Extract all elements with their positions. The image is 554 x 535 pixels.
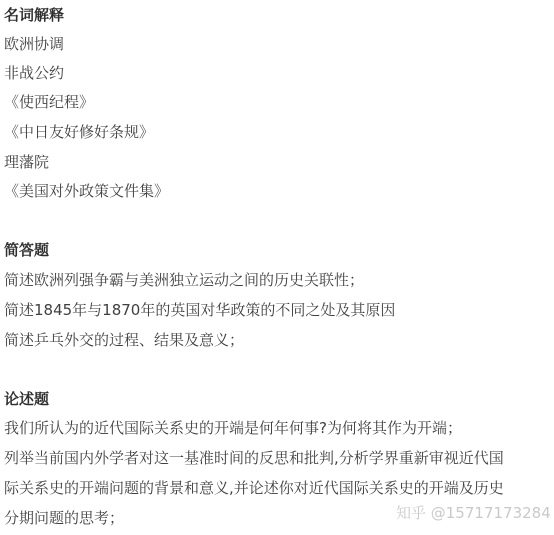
- section-heading-terms: 名词解释: [4, 5, 64, 25]
- section-heading-essay: 论述题: [4, 389, 49, 409]
- question-item: 简述欧洲列强争霸与美洲独立运动之间的历史关联性；: [4, 270, 364, 290]
- term-item: 《中日友好修好条规》: [4, 122, 154, 142]
- essay-item: 列举当前国内外学者对这一基准时间的反思和批判,分析学界重新审视近代国: [4, 448, 504, 468]
- term-item: 《美国对外政策文件集》: [4, 181, 169, 201]
- watermark: 知乎 @15717173284: [396, 503, 551, 523]
- question-item: 简述1845年与1870年的英国对华政策的不同之处及其原因: [4, 300, 395, 320]
- question-item: 简述乒乓外交的过程、结果及意义；: [4, 330, 244, 350]
- essay-item: 际关系史的开端问题的背景和意义,并论述你对近代国际关系史的开端及历史: [4, 478, 504, 498]
- essay-item: 我们所认为的近代国际关系史的开端是何年何事?为何将其作为开端；: [4, 418, 462, 438]
- section-heading-short-answer: 简答题: [4, 240, 49, 260]
- term-item: 欧洲协调: [4, 34, 64, 54]
- essay-item: 分期问题的思考；: [4, 508, 124, 528]
- term-item: 非战公约: [4, 63, 64, 83]
- term-item: 《使西纪程》: [4, 92, 94, 112]
- term-item: 理藩院: [4, 152, 49, 172]
